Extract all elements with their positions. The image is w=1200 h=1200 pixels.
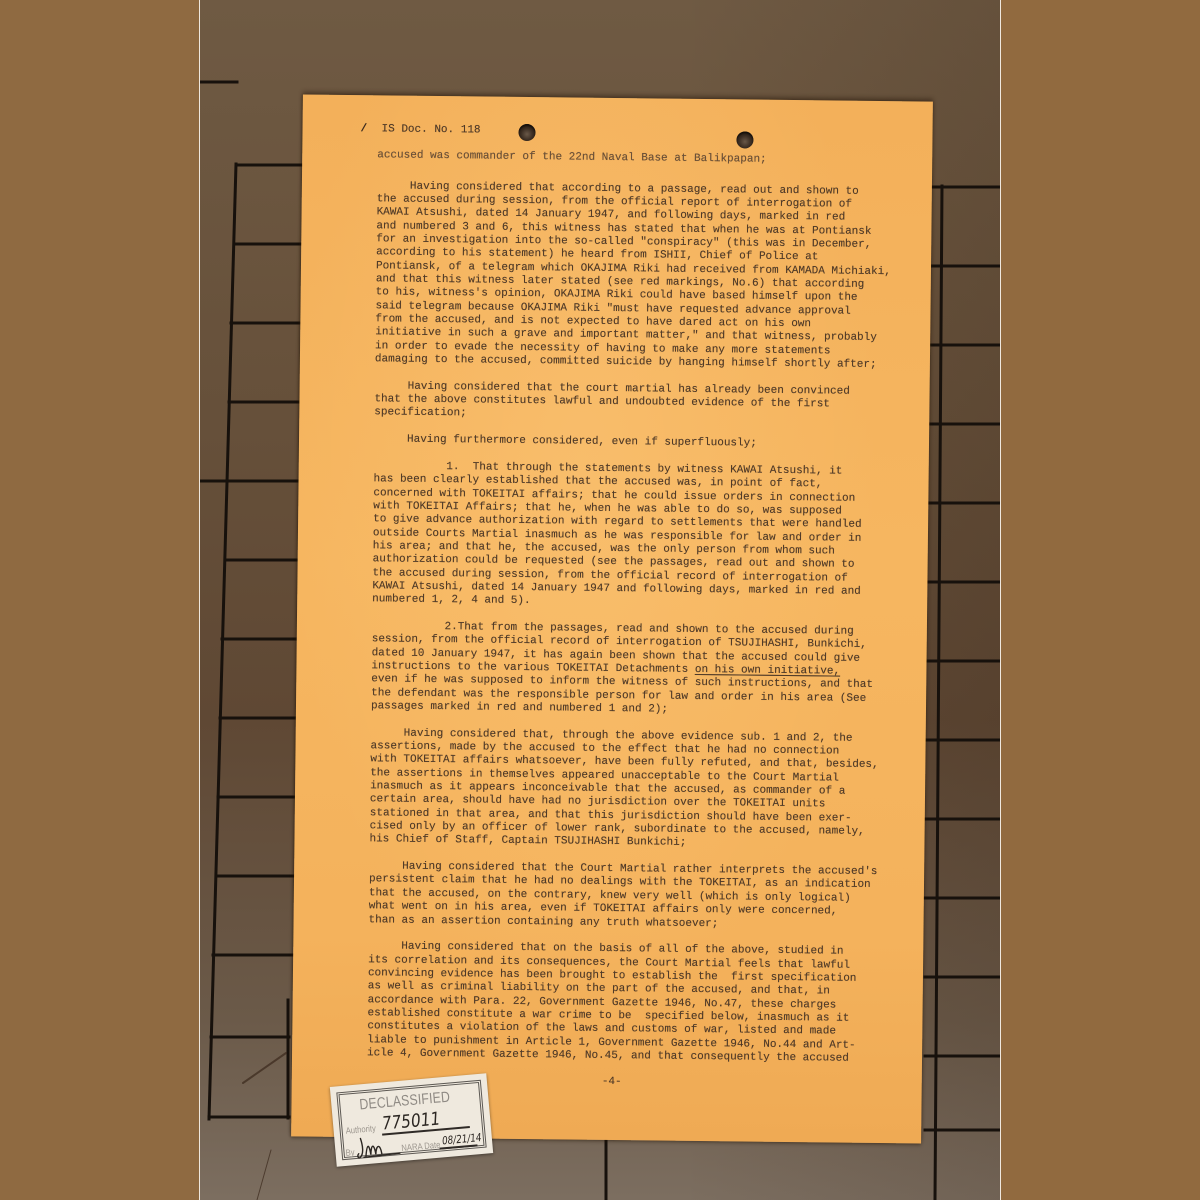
document-body: Having considered that according to a pa…: [367, 180, 892, 1080]
paragraph: Having furthermore considered, even if s…: [374, 433, 889, 452]
paragraph: 1. That through the statements by witnes…: [372, 460, 889, 613]
underlined-text: on his own initiative,: [695, 664, 840, 678]
paragraph: Having considered that on the basis of a…: [367, 940, 883, 1066]
signature-icon: [354, 1131, 402, 1161]
document-page: / IS Doc. No. 118 accused was commander …: [291, 94, 933, 1143]
continuation-line: accused was commander of the 22nd Naval …: [377, 149, 767, 167]
paragraph: 2.That from the passages, read and shown…: [371, 620, 887, 719]
punch-hole: [518, 124, 535, 141]
paragraph: Having considered that the Court Martial…: [368, 860, 884, 933]
paragraph: Having considered that the court martial…: [374, 380, 889, 426]
declassified-stamp: DECLASSIFIED Authority 775011 By NARA Da…: [330, 1073, 493, 1166]
document-number-header: IS Doc. No. 118: [381, 123, 480, 137]
paragraph: Having considered that, through the abov…: [369, 727, 885, 853]
left-margin-panel: [0, 0, 199, 1200]
text-line: Having furthermore considered, even if s…: [374, 433, 889, 452]
paragraph: Having considered that according to a pa…: [375, 180, 892, 373]
punch-hole: [736, 131, 753, 148]
by-label: By: [345, 1147, 355, 1158]
scan-photo: / IS Doc. No. 118 accused was commander …: [200, 0, 1000, 1200]
right-margin-panel: [1001, 0, 1200, 1200]
pencil-tick-mark: /: [360, 123, 367, 136]
